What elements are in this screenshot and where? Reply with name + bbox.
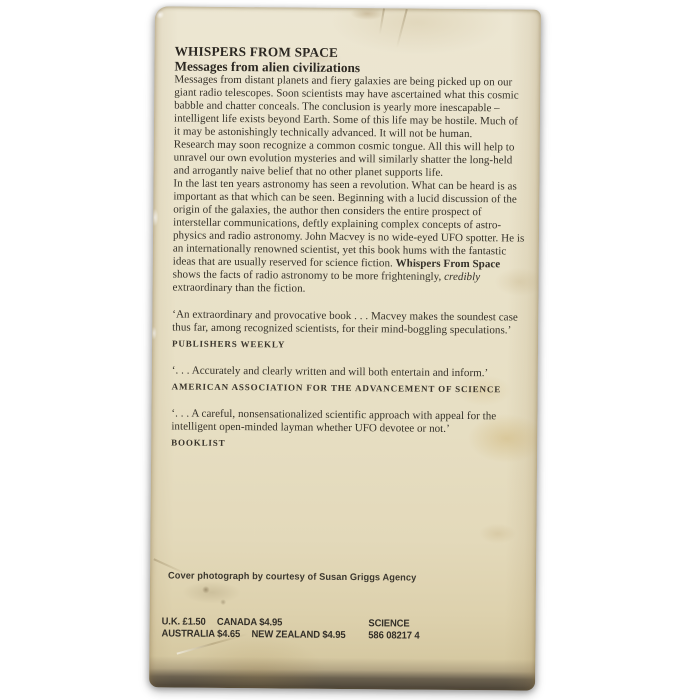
crease-mark	[396, 9, 408, 48]
blurb-paragraph-1: Messages from distant planets and fiery …	[174, 73, 527, 141]
blurb-paragraph-2: Research may soon recognize a common cos…	[174, 138, 526, 180]
category-and-code: SCIENCE 586 08217 4	[368, 618, 419, 641]
book-title-inline: Whispers From Space	[396, 257, 501, 270]
price-row-2: AUSTRALIA $4.65NEW ZEALAND $4.95	[161, 628, 499, 642]
review-quote-source: PUBLISHERS WEEKLY	[172, 337, 524, 353]
review-quote-2: ‘. . . Accurately and clearly written an…	[172, 364, 524, 396]
blurb-paragraph-3-text: extraordinary than the fiction.	[173, 281, 306, 294]
isbn-code: 586 08217 4	[368, 630, 419, 642]
crease-mark	[379, 8, 385, 34]
photo-background: WHISPERS FROM SPACE Messages from alien …	[0, 0, 700, 700]
emphasized-word: credibly	[444, 271, 480, 283]
category-label: SCIENCE	[368, 618, 419, 630]
cover-photo-credit: Cover photograph by courtesy of Susan Gr…	[168, 570, 416, 583]
price-new-zealand: NEW ZEALAND $4.95	[251, 629, 345, 641]
price-and-category-block: U.K. £1.50CANADA $4.95 AUSTRALIA $4.65NE…	[161, 616, 500, 642]
book-back-cover: WHISPERS FROM SPACE Messages from alien …	[149, 6, 541, 690]
review-quote-text: ‘. . . Accurately and clearly written an…	[172, 364, 524, 380]
price-canada: CANADA $4.95	[217, 617, 282, 629]
review-quote-text: ‘. . . A careful, nonsensationalized sci…	[171, 407, 523, 436]
review-quote-1: ‘An extraordinary and provocative book .…	[172, 308, 524, 353]
review-quote-3: ‘. . . A careful, nonsensationalized sci…	[171, 407, 523, 452]
blurb-paragraph-3: In the last ten years astronomy has seen…	[172, 177, 525, 297]
blurb-paragraph-3-text: shows the facts of radio astronomy to be…	[173, 268, 445, 282]
review-quote-source: AMERICAN ASSOCIATION FOR THE ADVANCEMENT…	[172, 380, 524, 396]
review-quote-text: ‘An extraordinary and provocative book .…	[172, 308, 524, 337]
price-uk: U.K. £1.50	[162, 616, 206, 628]
cover-text-block: WHISPERS FROM SPACE Messages from alien …	[171, 43, 527, 452]
review-quote-source: BOOKLIST	[171, 436, 523, 452]
price-australia: AUSTRALIA $4.65	[161, 628, 240, 640]
blurb-paragraph-3-text: In the last ten years astronomy has seen…	[173, 177, 525, 269]
